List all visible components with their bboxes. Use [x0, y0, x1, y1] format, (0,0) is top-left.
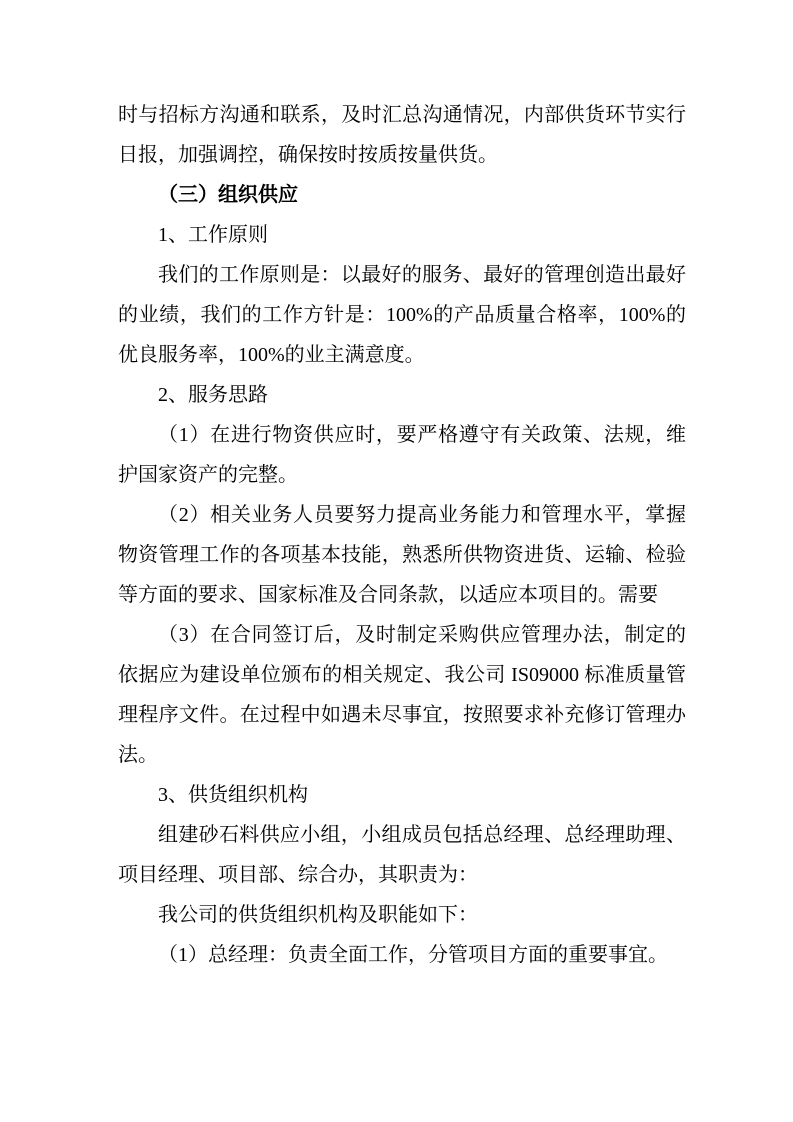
- paragraph: （3）在合同签订后，及时制定采购供应管理办法，制定的依据应为建设单位颁布的相关规…: [118, 615, 686, 775]
- paragraph-continuation: 时与招标方沟通和联系，及时汇总沟通情况，内部供货环节实行日报，加强调控，确保按时…: [118, 95, 686, 175]
- document-content: 时与招标方沟通和联系，及时汇总沟通情况，内部供货环节实行日报，加强调控，确保按时…: [118, 95, 686, 975]
- paragraph: 组建砂石料供应小组，小组成员包括总经理、总经理助理、项目经理、项目部、综合办，其…: [118, 815, 686, 895]
- document-page: 时与招标方沟通和联系，及时汇总沟通情况，内部供货环节实行日报，加强调控，确保按时…: [0, 0, 793, 1122]
- subheading-work-principle: 1、工作原则: [118, 215, 686, 255]
- paragraph: （1）总经理：负责全面工作，分管项目方面的重要事宜。: [118, 935, 686, 975]
- subheading-supply-organization: 3、供货组织机构: [118, 775, 686, 815]
- paragraph: （2）相关业务人员要努力提高业务能力和管理水平，掌握物资管理工作的各项基本技能，…: [118, 495, 686, 615]
- paragraph: 我公司的供货组织机构及职能如下：: [118, 895, 686, 935]
- paragraph: （1）在进行物资供应时，要严格遵守有关政策、法规，维护国家资产的完整。: [118, 415, 686, 495]
- paragraph: 我们的工作原则是：以最好的服务、最好的管理创造出最好的业绩，我们的工作方针是：1…: [118, 255, 686, 375]
- section-heading: （三）组织供应: [118, 175, 686, 215]
- subheading-service-approach: 2、服务思路: [118, 375, 686, 415]
